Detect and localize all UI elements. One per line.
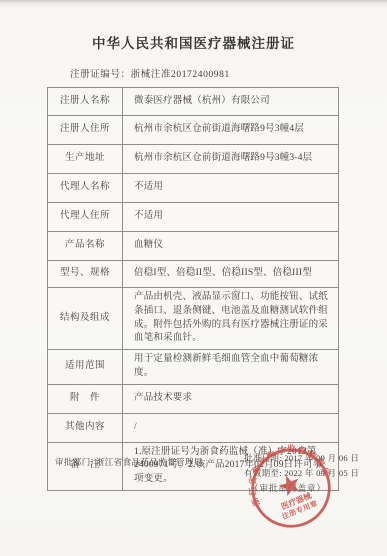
- row-value: 杭州市余杭区仓前街道海曙路9号3幢3-4层: [123, 145, 339, 174]
- table-row: 产品名称血糖仪: [48, 232, 339, 261]
- row-label: 产品名称: [48, 232, 123, 261]
- table-row: 生产地址杭州市余杭区仓前街道海曙路9号3幢3-4层: [48, 145, 339, 174]
- registration-certificate-document: 中华人民共和国医疗器械注册证 注册证编号：浙械注准20172400981 注册人…: [0, 0, 387, 556]
- row-value: 产品技术要求: [123, 384, 339, 413]
- row-label: 生产地址: [48, 145, 123, 174]
- table-row: 注册人住所杭州市余杭区仓前街道海曙路9号3幢4层: [48, 116, 339, 145]
- table-row: 型号、规格倍稳I型、倍稳II型、倍稳IIS型、倍稳III型: [48, 261, 339, 288]
- row-label: 适用范围: [48, 350, 123, 385]
- row-label: 注册人名称: [48, 88, 123, 116]
- row-label: 结构及组成: [48, 288, 123, 350]
- approval-department-line: 审批部门: 浙江省食品药品监督管理局: [55, 456, 203, 468]
- table-row: 代理人住所不适用: [48, 203, 339, 232]
- row-label: 其他内容: [48, 413, 123, 442]
- row-value: 杭州市余杭区仓前街道海曙路9号3幢4层: [123, 116, 339, 145]
- table-row: 代理人名称不适用: [48, 174, 339, 203]
- table-row: 注册人名称微泰医疗器械（杭州）有限公司: [48, 88, 339, 116]
- row-label: 注册人住所: [48, 116, 123, 145]
- certificate-number-label: 注册证编号：: [70, 70, 131, 80]
- seal-note-line: （审批部门盖章）: [244, 481, 359, 496]
- approval-dates-block: 批准日期: 2017 年 09 月 06 日 有效期至: 2022 年 09 月…: [244, 451, 359, 496]
- certificate-table: 注册人名称微泰医疗器械（杭州）有限公司 注册人住所杭州市余杭区仓前街道海曙路9号…: [47, 87, 339, 491]
- certificate-number-line: 注册证编号：浙械注准20172400981: [70, 66, 230, 80]
- table-row: 其他内容/: [48, 413, 339, 442]
- row-value: 不适用: [123, 203, 339, 232]
- row-value: 微泰医疗器械（杭州）有限公司: [123, 88, 339, 116]
- certificate-title: 中华人民共和国医疗器械注册证: [0, 32, 387, 52]
- row-value: /: [123, 413, 339, 442]
- row-value: 产品由机壳、液晶显示窗口、功能按钮、试纸条插口、退条侧键、电池盖及血糖测试软件组…: [123, 288, 339, 350]
- table-row: 结构及组成产品由机壳、液晶显示窗口、功能按钮、试纸条插口、退条侧键、电池盖及血糖…: [48, 288, 339, 350]
- row-label: 型号、规格: [48, 261, 123, 288]
- approval-date-line: 批准日期: 2017 年 09 月 06 日: [244, 451, 359, 466]
- row-value: 倍稳I型、倍稳II型、倍稳IIS型、倍稳III型: [123, 261, 339, 288]
- row-label: 代理人名称: [48, 174, 123, 203]
- certificate-number-value: 浙械注准20172400981: [131, 70, 230, 80]
- row-label: 代理人住所: [48, 203, 123, 232]
- row-label: 附 件: [48, 384, 123, 413]
- row-value: 血糖仪: [123, 232, 339, 261]
- row-value: 用于定量检测新鲜毛细血管全血中葡萄糖浓度。: [123, 350, 339, 385]
- stamp-center-line2: 注册专用章: [281, 499, 319, 521]
- row-value: 不适用: [123, 174, 339, 203]
- valid-until-line: 有效期至: 2022 年 09 月 05 日: [244, 466, 359, 481]
- table-row: 附 件产品技术要求: [48, 384, 339, 413]
- table-row: 适用范围用于定量检测新鲜毛细血管全血中葡萄糖浓度。: [48, 350, 339, 385]
